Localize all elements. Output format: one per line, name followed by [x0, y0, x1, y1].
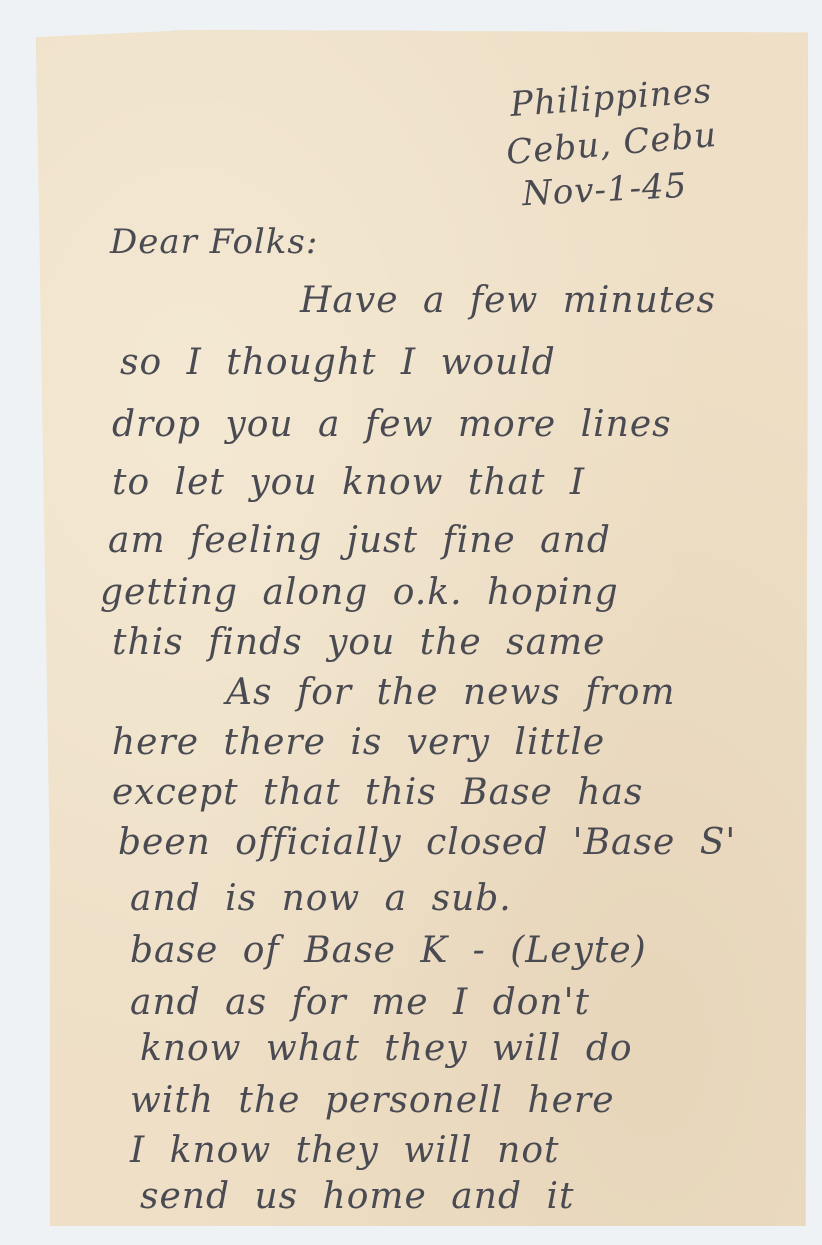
- body-line: and is now a sub.: [130, 878, 512, 919]
- salutation: Dear Folks:: [110, 222, 318, 262]
- body-line: here there is very little: [112, 722, 605, 763]
- body-line: been officially closed 'Base S': [118, 822, 736, 863]
- body-line: drop you a few more lines: [112, 404, 672, 445]
- body-line: I know they will not: [130, 1130, 559, 1171]
- body-line: Have a few minutes: [300, 280, 716, 321]
- body-line: and as for me I don't: [130, 982, 590, 1023]
- body-line: send us home and it: [140, 1176, 574, 1217]
- body-line: As for the news from: [226, 672, 676, 713]
- body-line: getting along o.k. hoping: [100, 572, 619, 613]
- body-line: base of Base K - (Leyte): [130, 930, 647, 971]
- body-line: this finds you the same: [112, 622, 606, 663]
- body-line: am feeling just fine and: [108, 520, 611, 561]
- body-line: to let you know that I: [112, 462, 585, 503]
- body-line: except that this Base has: [112, 772, 643, 813]
- body-line: know what they will do: [140, 1028, 633, 1069]
- body-line: so I thought I would: [120, 342, 556, 383]
- body-line: with the personell here: [130, 1080, 615, 1121]
